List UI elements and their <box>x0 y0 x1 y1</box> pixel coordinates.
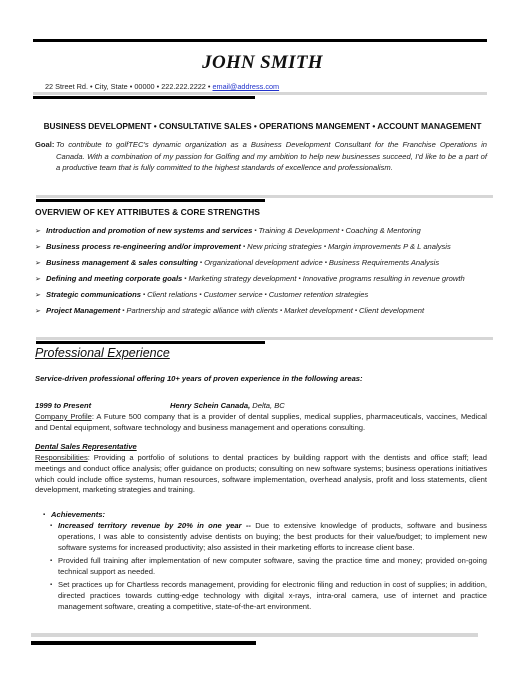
arrow-bullet-icon: ➢ <box>35 290 46 302</box>
goal-text: To contribute to golfTEC's dynamic organ… <box>56 139 487 174</box>
arrow-bullet-icon: ➢ <box>35 306 46 318</box>
responsibilities-text: : Providing a portfolio of solutions to … <box>35 453 487 494</box>
achievement-highlight: Increased territory revenue by 20% in on… <box>58 521 251 530</box>
attribute-item: ➢Business process re-engineering and/or … <box>35 241 495 257</box>
attribute-main: Strategic communications <box>46 290 141 299</box>
attribute-detail: Marketing strategy development <box>188 274 296 283</box>
attribute-detail: Training & Development <box>258 226 339 235</box>
experience-black-rule <box>36 341 265 344</box>
arrow-bullet-icon: ➢ <box>35 242 46 254</box>
attributes-heading: OVERVIEW OF KEY ATTRIBUTES & CORE STRENG… <box>35 207 260 217</box>
company-profile-label: Company Profile <box>35 412 92 421</box>
arrow-bullet-icon: ➢ <box>35 258 46 270</box>
achievement-text: Increased territory revenue by 20% in on… <box>58 521 487 553</box>
footer-black-rule <box>31 641 256 645</box>
attribute-detail: Organizational development advice <box>204 258 323 267</box>
attributes-black-rule <box>36 199 265 202</box>
job-company: Henry Schein Canada, <box>170 401 250 410</box>
achievement-item: ▪Increased territory revenue by 20% in o… <box>50 521 487 553</box>
attribute-main: Introduction and promotion of new system… <box>46 226 252 235</box>
attribute-detail: Business Requirements Analysis <box>329 258 439 267</box>
bullet-icon: ▪ <box>50 556 58 567</box>
attribute-item: ➢Project Management▪Partnership and stra… <box>35 305 495 321</box>
goal-section: Goal: To contribute to golfTEC's dynamic… <box>35 139 487 174</box>
attribute-detail: Margin improvements P & L analysis <box>328 242 451 251</box>
attribute-main: Project Management <box>46 306 120 315</box>
attribute-detail: New pricing strategies <box>247 242 322 251</box>
header-top-rule <box>33 39 487 42</box>
attribute-main: Business process re-engineering and/or i… <box>46 242 241 251</box>
achievement-text: Set practices up for Chartless records m… <box>58 580 487 612</box>
achievement-item: ▪Provided full training after implementa… <box>50 556 487 578</box>
candidate-name: JOHN SMITH <box>0 52 525 74</box>
attribute-detail: Partnership and strategic alliance with … <box>126 306 278 315</box>
bullet-icon: ▪ <box>43 512 51 518</box>
experience-gray-rule <box>36 337 493 340</box>
company-profile-text: : A Future 500 company that is a provide… <box>35 412 487 432</box>
attribute-detail: Client relations <box>147 290 197 299</box>
experience-heading: Professional Experience <box>35 346 170 360</box>
achievements-label: Achievements: <box>51 510 105 519</box>
achievement-item: ▪Set practices up for Chartless records … <box>50 580 487 612</box>
responsibilities: Responsibilities: Providing a portfolio … <box>35 453 487 496</box>
contact-line: 22 Street Rd. • City, State • 00000 • 22… <box>45 82 279 91</box>
attribute-item: ➢Introduction and promotion of new syste… <box>35 225 495 241</box>
header-black-rule <box>33 96 255 99</box>
attribute-item: ➢Business management & sales consulting▪… <box>35 257 495 273</box>
arrow-bullet-icon: ➢ <box>35 274 46 286</box>
attributes-gray-rule <box>36 195 493 198</box>
responsibilities-label: Responsibilities <box>35 453 88 462</box>
attribute-detail: Coaching & Mentoring <box>346 226 421 235</box>
job-location: Delta, BC <box>250 401 285 410</box>
footer-gray-rule <box>31 633 478 637</box>
attribute-main: Defining and meeting corporate goals <box>46 274 182 283</box>
goal-label: Goal: <box>35 139 56 151</box>
attribute-detail: Customer retention strategies <box>269 290 369 299</box>
job-dates: 1999 to Present <box>35 401 170 410</box>
bullet-icon: ▪ <box>50 580 58 591</box>
attribute-main: Business management & sales consulting <box>46 258 198 267</box>
attributes-list: ➢Introduction and promotion of new syste… <box>35 225 495 321</box>
attribute-detail: Customer service <box>203 290 262 299</box>
skills-banner: BUSINESS DEVELOPMENT • CONSULTATIVE SALE… <box>0 121 525 131</box>
attribute-detail: Client development <box>359 306 424 315</box>
job-header: 1999 to PresentHenry Schein Canada, Delt… <box>35 401 285 410</box>
contact-address: 22 Street Rd. • City, State • 00000 • 22… <box>45 82 212 91</box>
achievements-heading: ▪Achievements: <box>43 510 105 519</box>
arrow-bullet-icon: ➢ <box>35 226 46 238</box>
attribute-item: ➢Defining and meeting corporate goals▪Ma… <box>35 273 495 289</box>
company-profile: Company Profile: A Future 500 company th… <box>35 412 487 434</box>
experience-intro: Service-driven professional offering 10+… <box>35 374 363 383</box>
attribute-detail: Innovative programs resulting in revenue… <box>303 274 465 283</box>
attribute-item: ➢Strategic communications▪Client relatio… <box>35 289 495 305</box>
achievement-text: Provided full training after implementat… <box>58 556 487 578</box>
header-gray-rule <box>33 92 487 95</box>
attribute-detail: Market development <box>284 306 353 315</box>
bullet-icon: ▪ <box>50 521 58 532</box>
job-role: Dental Sales Representative <box>35 442 137 451</box>
email-link[interactable]: email@address.com <box>212 82 279 91</box>
